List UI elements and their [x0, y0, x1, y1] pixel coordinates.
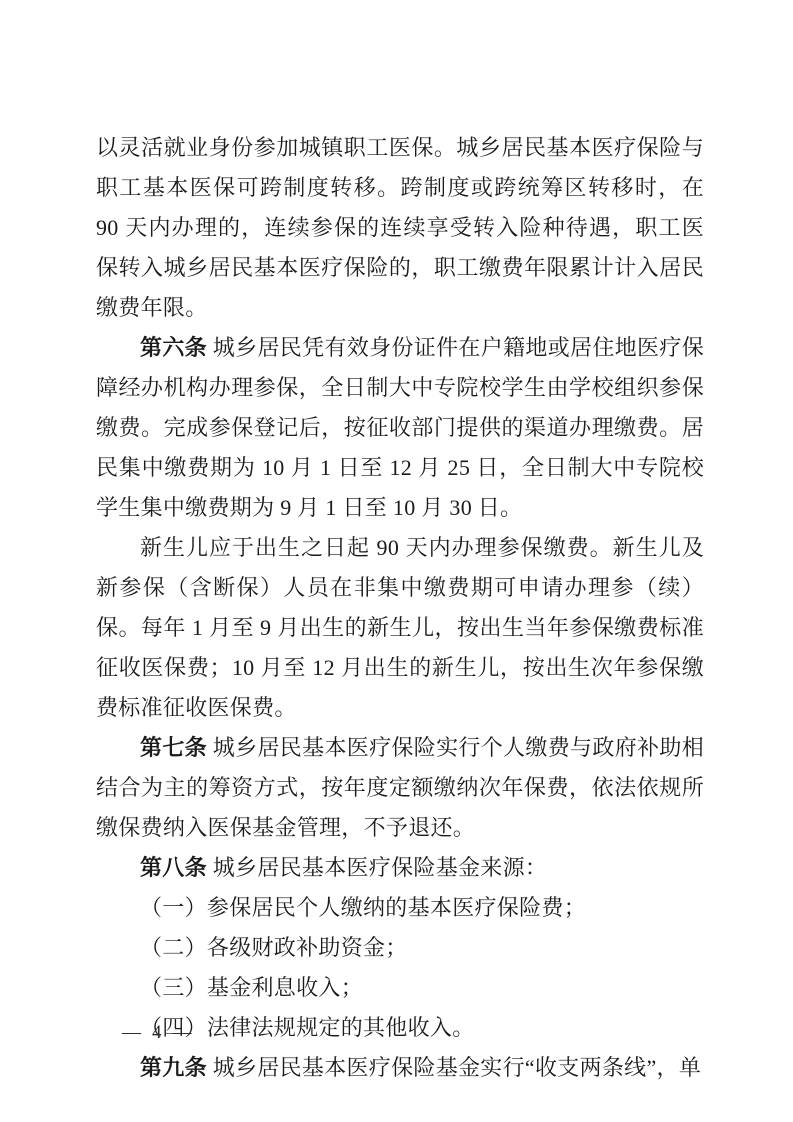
page-number: 4 — [152, 1022, 162, 1044]
paragraph-text: 城乡居民凭有效身份证件在户籍地或居住地医疗保障经办机构办理参保，全日制大中专院校… — [96, 335, 704, 520]
article-6-number: 第六条 — [140, 335, 207, 360]
fund-source-item-1: （一）参保居民个人缴纳的基本医疗保险费； — [96, 888, 704, 928]
article-9-number: 第九条 — [140, 1055, 207, 1080]
paragraph-article-7: 第七条 城乡居民基本医疗保险实行个人缴费与政府补助相结合为主的筹资方式，按年度定… — [96, 728, 704, 848]
paragraph-text: 城乡居民基本医疗保险基金来源： — [207, 855, 547, 880]
paragraph-article-8: 第八条 城乡居民基本医疗保险基金来源： — [96, 848, 704, 888]
paragraph-article-9: 第九条 城乡居民基本医疗保险基金实行“收支两条线”，单 — [96, 1048, 704, 1088]
footer-dash-left: — — [122, 1022, 141, 1044]
article-7-number: 第七条 — [140, 735, 207, 760]
paragraph-text: 新生儿应于出生之日起 90 天内办理参保缴费。新生儿及新参保（含断保）人员在非集… — [96, 535, 704, 720]
footer-dash-right: — — [173, 1022, 192, 1044]
paragraph-newborn-rules: 新生儿应于出生之日起 90 天内办理参保缴费。新生儿及新参保（含断保）人员在非集… — [96, 528, 704, 728]
page-number-footer: — 4 — — [122, 1022, 192, 1044]
fund-source-item-3: （三）基金利息收入； — [96, 968, 704, 1008]
document-body: 以灵活就业身份参加城镇职工医保。城乡居民基本医疗保险与职工基本医保可跨制度转移。… — [96, 128, 704, 1088]
document-page: 以灵活就业身份参加城镇职工医保。城乡居民基本医疗保险与职工基本医保可跨制度转移。… — [0, 0, 793, 1122]
paragraph-article-6: 第六条 城乡居民凭有效身份证件在户籍地或居住地医疗保障经办机构办理参保，全日制大… — [96, 328, 704, 528]
paragraph-text: （一）参保居民个人缴纳的基本医疗保险费； — [140, 895, 586, 920]
paragraph-text: （三）基金利息收入； — [140, 975, 363, 1000]
paragraph-text: 以灵活就业身份参加城镇职工医保。城乡居民基本医疗保险与职工基本医保可跨制度转移。… — [96, 135, 704, 320]
paragraph-continuation: 以灵活就业身份参加城镇职工医保。城乡居民基本医疗保险与职工基本医保可跨制度转移。… — [96, 128, 704, 328]
paragraph-text: （二）各级财政补助资金； — [140, 935, 408, 960]
paragraph-text: 城乡居民基本医疗保险基金实行“收支两条线”，单 — [207, 1055, 701, 1080]
fund-source-item-2: （二）各级财政补助资金； — [96, 928, 704, 968]
article-8-number: 第八条 — [140, 855, 207, 880]
